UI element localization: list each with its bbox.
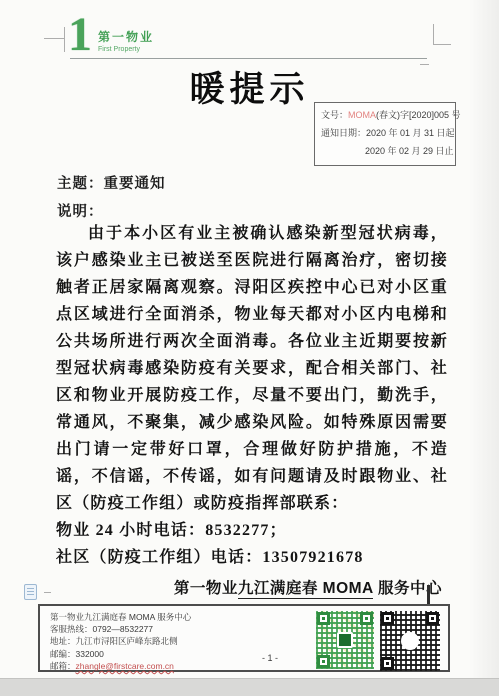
subject-line: 主题：重要通知	[57, 172, 166, 193]
top-left-margin-mark	[44, 38, 64, 39]
qr-finder-square	[317, 655, 330, 668]
left-margin-dash	[44, 592, 51, 593]
cursor-tick-mark	[427, 585, 430, 604]
page-bottom-band	[0, 678, 499, 696]
document-info-box: 文号：MOMA(春文)字[2020]005 号 通知日期：2020 年 01 月…	[314, 102, 456, 166]
qr-finder-square	[381, 612, 394, 625]
qr-finder-square	[317, 612, 330, 625]
page-number: - 1 -	[262, 653, 278, 663]
logo-numeral-one: 1	[68, 8, 92, 61]
notice-paragraph: 由于本小区有业主被确认感染新型冠状病毒，该户感染业主已被送至医院进行隔离治疗，密…	[56, 220, 448, 517]
community-phone-line: 社区（防疫工作组）电话：13507921678	[56, 544, 448, 571]
company-name-english: First Property	[98, 46, 154, 53]
doc-number-brand: MOMA	[348, 110, 376, 120]
footer-zip-line: 邮编：332000	[50, 648, 191, 660]
footer-contact-lines: 第一物业九江满庭春 MOMA 服务中心 客服热线：0792—8532277 地址…	[50, 611, 191, 672]
signature-underlined-part: 九江满庭春 MOMA	[238, 580, 373, 599]
document-number-line: 文号：MOMA(春文)字[2020]005 号	[321, 106, 449, 124]
footer-email-line: 邮箱：zhangle@firstcare.com.cn	[50, 660, 191, 672]
signature-suffix: 服务中心	[373, 580, 442, 597]
logo-text: 第一物业 First Property	[98, 28, 154, 53]
explanation-label: 说明：	[57, 200, 104, 221]
clipboard-paste-icon	[24, 584, 37, 600]
notice-date-start-line: 通知日期：2020 年 01 月 31 日起	[321, 124, 449, 142]
notice-document-page: 1 第一物业 First Property 暖提示 文号：MOMA(春文)字[2…	[0, 0, 499, 696]
doc-number-value: (春文)字[2020]005 号	[376, 110, 461, 120]
top-right-margin-mark	[433, 44, 451, 45]
footer-email-label: 邮箱：	[50, 661, 76, 671]
qr-center-logo	[337, 632, 353, 648]
company-logo: 1 第一物业 First Property	[68, 12, 92, 58]
footer-email-link[interactable]: zhangle@firstcare.com.cn	[76, 661, 174, 671]
header-divider-line	[70, 58, 427, 59]
doc-number-label: 文号：	[321, 110, 348, 120]
signature-line: 第一物业九江满庭春 MOMA 服务中心	[56, 575, 448, 602]
notice-body: 由于本小区有业主被确认感染新型冠状病毒，该户感染业主已被送至医院进行隔离治疗，密…	[56, 220, 448, 602]
top-left-margin-mark	[64, 27, 65, 52]
black-qr-code	[380, 611, 440, 671]
footer-hotline-line: 客服热线：0792—8532277	[50, 623, 191, 635]
top-right-margin-mark	[433, 24, 434, 44]
qr-finder-square	[426, 612, 439, 625]
qr-center-blank	[401, 632, 419, 650]
signature-prefix: 第一物业	[174, 580, 238, 597]
green-wechat-qr-code	[316, 611, 374, 669]
footer-contact-box: 第一物业九江满庭春 MOMA 服务中心 客服热线：0792—8532277 地址…	[38, 604, 450, 672]
property-phone-line: 物业 24 小时电话：8532277；	[56, 517, 448, 544]
qr-finder-square	[360, 612, 373, 625]
qr-finder-square	[381, 657, 394, 670]
notice-date-end-line: 2020 年 02 月 29 日止	[321, 142, 449, 160]
footer-company-line: 第一物业九江满庭春 MOMA 服务中心	[50, 611, 191, 623]
company-name-chinese: 第一物业	[98, 28, 154, 45]
footer-address-line: 地址：九江市浔阳区庐峰东路北侧	[50, 635, 191, 647]
